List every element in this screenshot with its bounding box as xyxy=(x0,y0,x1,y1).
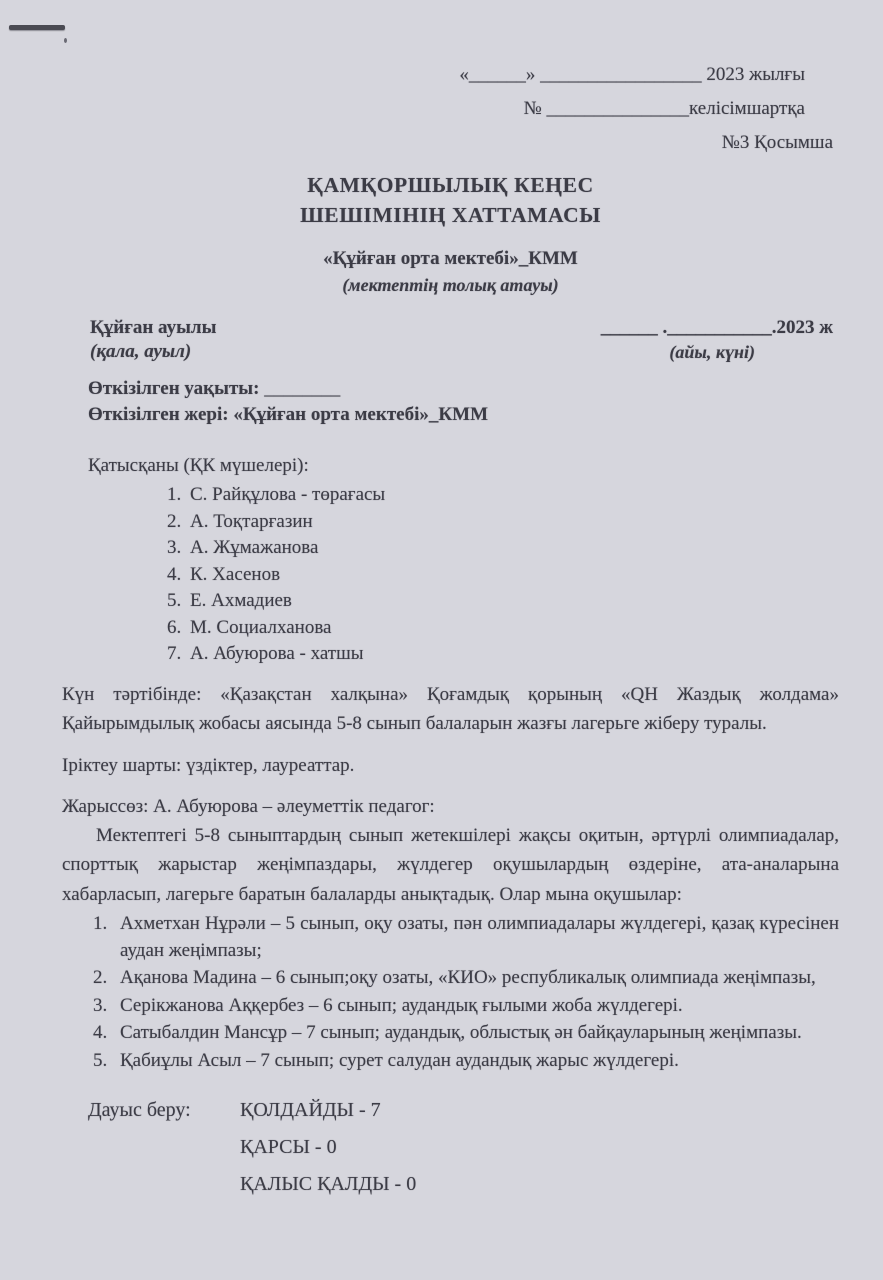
participant-item: Е. Ахмадиев xyxy=(186,588,839,615)
voting-results: ҚОЛДАЙДЫ - 7 ҚАРСЫ - 0 ҚАЛЫС ҚАЛДЫ - 0 xyxy=(240,1092,416,1203)
vote-for: ҚОЛДАЙДЫ - 7 xyxy=(240,1092,416,1129)
speech-body: Мектептегі 5-8 сыныптардың сынып жетекші… xyxy=(62,821,839,910)
participants-section: Қатысқаны (ҚК мүшелері): С. Райқұлова - … xyxy=(88,452,839,668)
participant-item: С. Райқұлова - төрағасы xyxy=(186,482,839,509)
agenda-paragraph: Күн тәртібінде: «Қазақстан халқына» Қоға… xyxy=(62,680,839,739)
vote-against: ҚАРСЫ - 0 xyxy=(240,1129,416,1166)
students-list: Ахметхан Нұрәли – 5 сынып, оқу озаты, пә… xyxy=(62,911,839,1074)
date-block: ______ .___________.2023 ж (айы, күні) xyxy=(601,316,833,364)
village-name: Құйған ауылы xyxy=(90,316,216,340)
participants-heading: Қатысқаны (ҚК мүшелері): xyxy=(88,452,839,480)
student-item: Ақанова Мадина – 6 сынып;оқу озаты, «КИО… xyxy=(112,965,839,992)
date-hint: (айы, күні) xyxy=(669,340,755,364)
scan-artifact-line xyxy=(9,25,65,30)
header-contract-line: № _______________келісімшартқа xyxy=(62,92,805,126)
header-appendix-line: №3 Қосымша xyxy=(62,126,833,160)
date-blank-line: ______ .___________.2023 ж xyxy=(601,316,833,340)
student-item: Қабиұлы Асыл – 7 сынып; сурет салудан ау… xyxy=(112,1048,839,1075)
document-title-line2: ШЕШІМІНІҢ ХАТТАМАСЫ xyxy=(62,200,839,230)
scan-artifact-speck xyxy=(64,38,67,43)
school-name-hint: (мектептің толық атауы) xyxy=(62,272,839,298)
meeting-details: Өткізілген уақыты: ________ Өткізілген ж… xyxy=(88,376,839,428)
voting-section: Дауыс беру: ҚОЛДАЙДЫ - 7 ҚАРСЫ - 0 ҚАЛЫС… xyxy=(88,1092,839,1203)
participant-item: А. Жұмажанова xyxy=(186,535,839,562)
vote-abstained: ҚАЛЫС ҚАЛДЫ - 0 xyxy=(240,1166,416,1203)
meeting-place-line: Өткізілген жері: «Құйған орта мектебі»_К… xyxy=(88,402,839,428)
meeting-time-line: Өткізілген уақыты: ________ xyxy=(88,376,839,402)
village-hint: (қала, ауыл) xyxy=(90,340,216,364)
header-date-line: «______» _________________ 2023 жылғы xyxy=(62,58,805,92)
selection-criteria: Іріктеу шарты: үздіктер, лауреаттар. xyxy=(62,751,839,780)
participant-item: А. Абуюрова - хатшы xyxy=(186,641,839,668)
place-block: Құйған ауылы (қала, ауыл) xyxy=(90,316,216,364)
scanned-document-page: «______» _________________ 2023 жылғы № … xyxy=(0,0,883,1280)
student-item: Ахметхан Нұрәли – 5 сынып, оқу озаты, пә… xyxy=(112,911,839,964)
meeting-place-value: «Құйған орта мектебі»_КММ xyxy=(233,404,488,425)
meeting-time-value: ________ xyxy=(264,378,340,399)
school-name: «Құйған орта мектебі»_КММ xyxy=(62,246,839,272)
place-and-date-row: Құйған ауылы (қала, ауыл) ______ .______… xyxy=(62,316,839,364)
document-title: ҚАМҚОРШЫЛЫҚ КЕҢЕС ШЕШІМІНІҢ ХАТТАМАСЫ xyxy=(62,170,839,230)
voting-label: Дауыс беру: xyxy=(88,1092,216,1203)
participant-item: К. Хасенов xyxy=(186,562,839,589)
student-item: Сатыбалдин Мансұр – 7 сынып; аудандық, о… xyxy=(112,1020,839,1047)
meeting-time-label: Өткізілген уақыты: xyxy=(88,378,259,399)
participant-item: А. Тоқтарғазин xyxy=(186,509,839,536)
document-content: «______» _________________ 2023 жылғы № … xyxy=(0,0,883,1203)
document-subtitle: «Құйған орта мектебі»_КММ (мектептің тол… xyxy=(62,246,839,298)
participant-item: М. Социалханова xyxy=(186,615,839,642)
student-item: Серікжанова Аққербез – 6 сынып; аудандық… xyxy=(112,993,839,1020)
speech-intro: Жарыссөз: А. Абуюрова – әлеуметтік педаг… xyxy=(62,792,839,821)
document-header: «______» _________________ 2023 жылғы № … xyxy=(62,58,839,160)
participants-list: С. Райқұлова - төрағасы А. Тоқтарғазин А… xyxy=(88,482,839,668)
document-title-line1: ҚАМҚОРШЫЛЫҚ КЕҢЕС xyxy=(62,170,839,200)
meeting-place-label: Өткізілген жері: xyxy=(88,404,229,425)
